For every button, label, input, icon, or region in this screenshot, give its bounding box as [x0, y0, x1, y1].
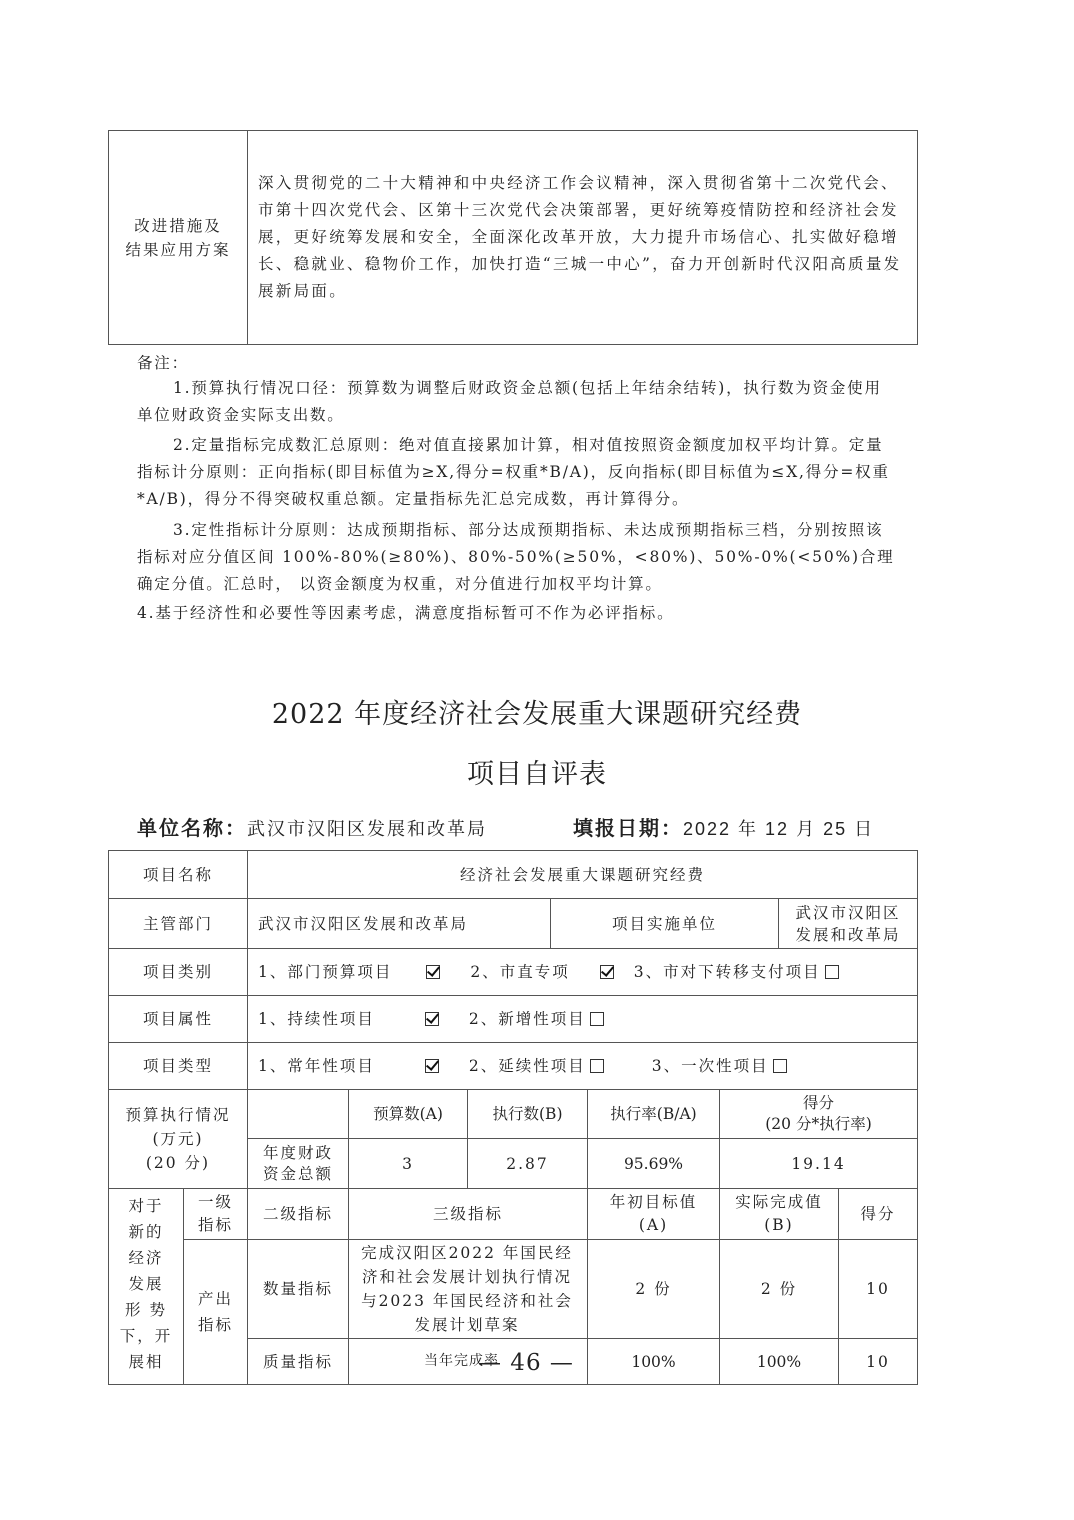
checkbox-empty-icon[interactable] [773, 1059, 787, 1073]
level2-quantity: 数量指标 [248, 1240, 348, 1338]
category-option-1[interactable]: 1、部门预算项目 [258, 960, 444, 984]
budget-value-score: 19.14 [720, 1139, 917, 1188]
notes-heading: 备注： [137, 351, 897, 375]
checkbox-checked-icon[interactable] [426, 965, 440, 979]
note-item-4: 4.基于经济性和必要性等因素考虑，满意度指标暂可不作为必评指标。 [137, 601, 897, 625]
attribute-options: 1、持续性项目 2、新增性项目 [258, 996, 913, 1042]
actual-quality: 100% [720, 1339, 838, 1384]
type-label: 项目类型 [109, 1043, 247, 1089]
header-actual: 实际完成值 (B) [720, 1189, 838, 1239]
actual-quantity: 2 份 [720, 1240, 838, 1338]
date-info: 填报日期：2022 年 12 月 25 日 [573, 812, 874, 841]
type-option-2[interactable]: 2、延续性项目 [469, 1054, 608, 1078]
level3-quantity: 完成汉阳区2022 年国民经济和社会发展计划执行情况与2023 年国民经济和社会… [354, 1240, 580, 1338]
budget-header-score: 得分 (20 分*执行率) [720, 1090, 917, 1138]
level2-quality: 质量指标 [248, 1339, 348, 1384]
note-item-3: 3.定性指标计分原则：达成预期指标、部分达成预期指标、未达成预期指标三档，分别按… [137, 517, 897, 598]
date-value: 2022 年 12 月 25 日 [683, 819, 874, 839]
category-options: 1、部门预算项目 2、市直专项 3、市对下转移支付项目 [258, 949, 913, 995]
dept-value: 武汉市汉阳区发展和改革局 [258, 899, 548, 948]
header-level2: 二级指标 [248, 1189, 348, 1239]
form-title: 2022 年度经济社会发展重大课题研究经费 [0, 692, 1074, 731]
budget-header-b: 执行数(B) [468, 1090, 587, 1138]
note-item-1: 1.预算执行情况口径：预算数为调整后财政资金总额(包括上年结余结转)，执行数为资… [137, 375, 897, 429]
header-level3: 三级指标 [349, 1189, 587, 1239]
attribute-option-2[interactable]: 2、新增性项目 [469, 1007, 608, 1031]
project-name-label: 项目名称 [109, 851, 247, 898]
checkbox-checked-icon[interactable] [600, 965, 614, 979]
category-option-2[interactable]: 2、市直专项 [470, 960, 617, 984]
attribute-label: 项目属性 [109, 996, 247, 1042]
improvement-label: 改进措施及 结果应用方案 [109, 131, 247, 344]
improvement-content: 深入贯彻党的二十大精神和中央经济工作会议精神，深入贯彻省第十二次党代会、市第十四… [258, 131, 908, 344]
header-level1: 一级 指标 [184, 1189, 247, 1239]
category-option-3[interactable]: 3、市对下转移支付项目 [634, 960, 843, 984]
date-label: 填报日期： [573, 816, 683, 840]
header-score: 得分 [839, 1189, 917, 1239]
unit-info: 单位名称：武汉市汉阳区发展和改革局 [137, 812, 487, 841]
type-option-1[interactable]: 1、常年性项目 [258, 1054, 443, 1078]
checkbox-empty-icon[interactable] [825, 965, 839, 979]
budget-label: 预算执行情况 (万元) (20 分) [109, 1090, 247, 1188]
category-label: 项目类别 [109, 949, 247, 995]
budget-value-rate: 95.69% [588, 1139, 719, 1188]
impl-unit-label: 项目实施单位 [551, 899, 778, 948]
note-item-2: 2.定量指标完成数汇总原则：绝对值直接累加计算，相对值按照资金额度加权平均计算。… [137, 432, 897, 513]
checkbox-checked-icon[interactable] [425, 1012, 439, 1026]
project-name-value: 经济社会发展重大课题研究经费 [248, 851, 917, 898]
header-target: 年初目标值 (A) [588, 1189, 719, 1239]
page-number: — 46 — [478, 1350, 574, 1376]
unit-value: 武汉市汉阳区发展和改革局 [247, 819, 487, 840]
type-options: 1、常年性项目 2、延续性项目 3、一次性项目 [258, 1043, 913, 1089]
form-subtitle: 项目自评表 [0, 752, 1074, 791]
budget-value-b: 2.87 [468, 1139, 587, 1188]
impl-unit-value: 武汉市汉阳区 发展和改革局 [779, 899, 917, 948]
attribute-option-1[interactable]: 1、持续性项目 [258, 1007, 443, 1031]
score-quantity: 10 [839, 1240, 917, 1338]
checkbox-empty-icon[interactable] [590, 1012, 604, 1026]
target-quantity: 2 份 [588, 1240, 719, 1338]
budget-row-label: 年度财政 资金总额 [248, 1139, 348, 1188]
budget-value-a: 3 [349, 1139, 467, 1188]
level1-output: 产出 指标 [184, 1240, 247, 1384]
type-option-3[interactable]: 3、一次性项目 [652, 1054, 791, 1078]
budget-header-a: 预算数(A) [349, 1090, 467, 1138]
unit-label: 单位名称： [137, 816, 247, 840]
dept-label: 主管部门 [109, 899, 247, 948]
indicator-side-label: 对于 新的 经济 发展 形 势 下，开 展相 [109, 1189, 183, 1384]
checkbox-empty-icon[interactable] [590, 1059, 604, 1073]
score-quality: 10 [839, 1339, 917, 1384]
target-quality: 100% [588, 1339, 719, 1384]
budget-header-rate: 执行率(B/A) [588, 1090, 719, 1138]
checkbox-checked-icon[interactable] [425, 1059, 439, 1073]
